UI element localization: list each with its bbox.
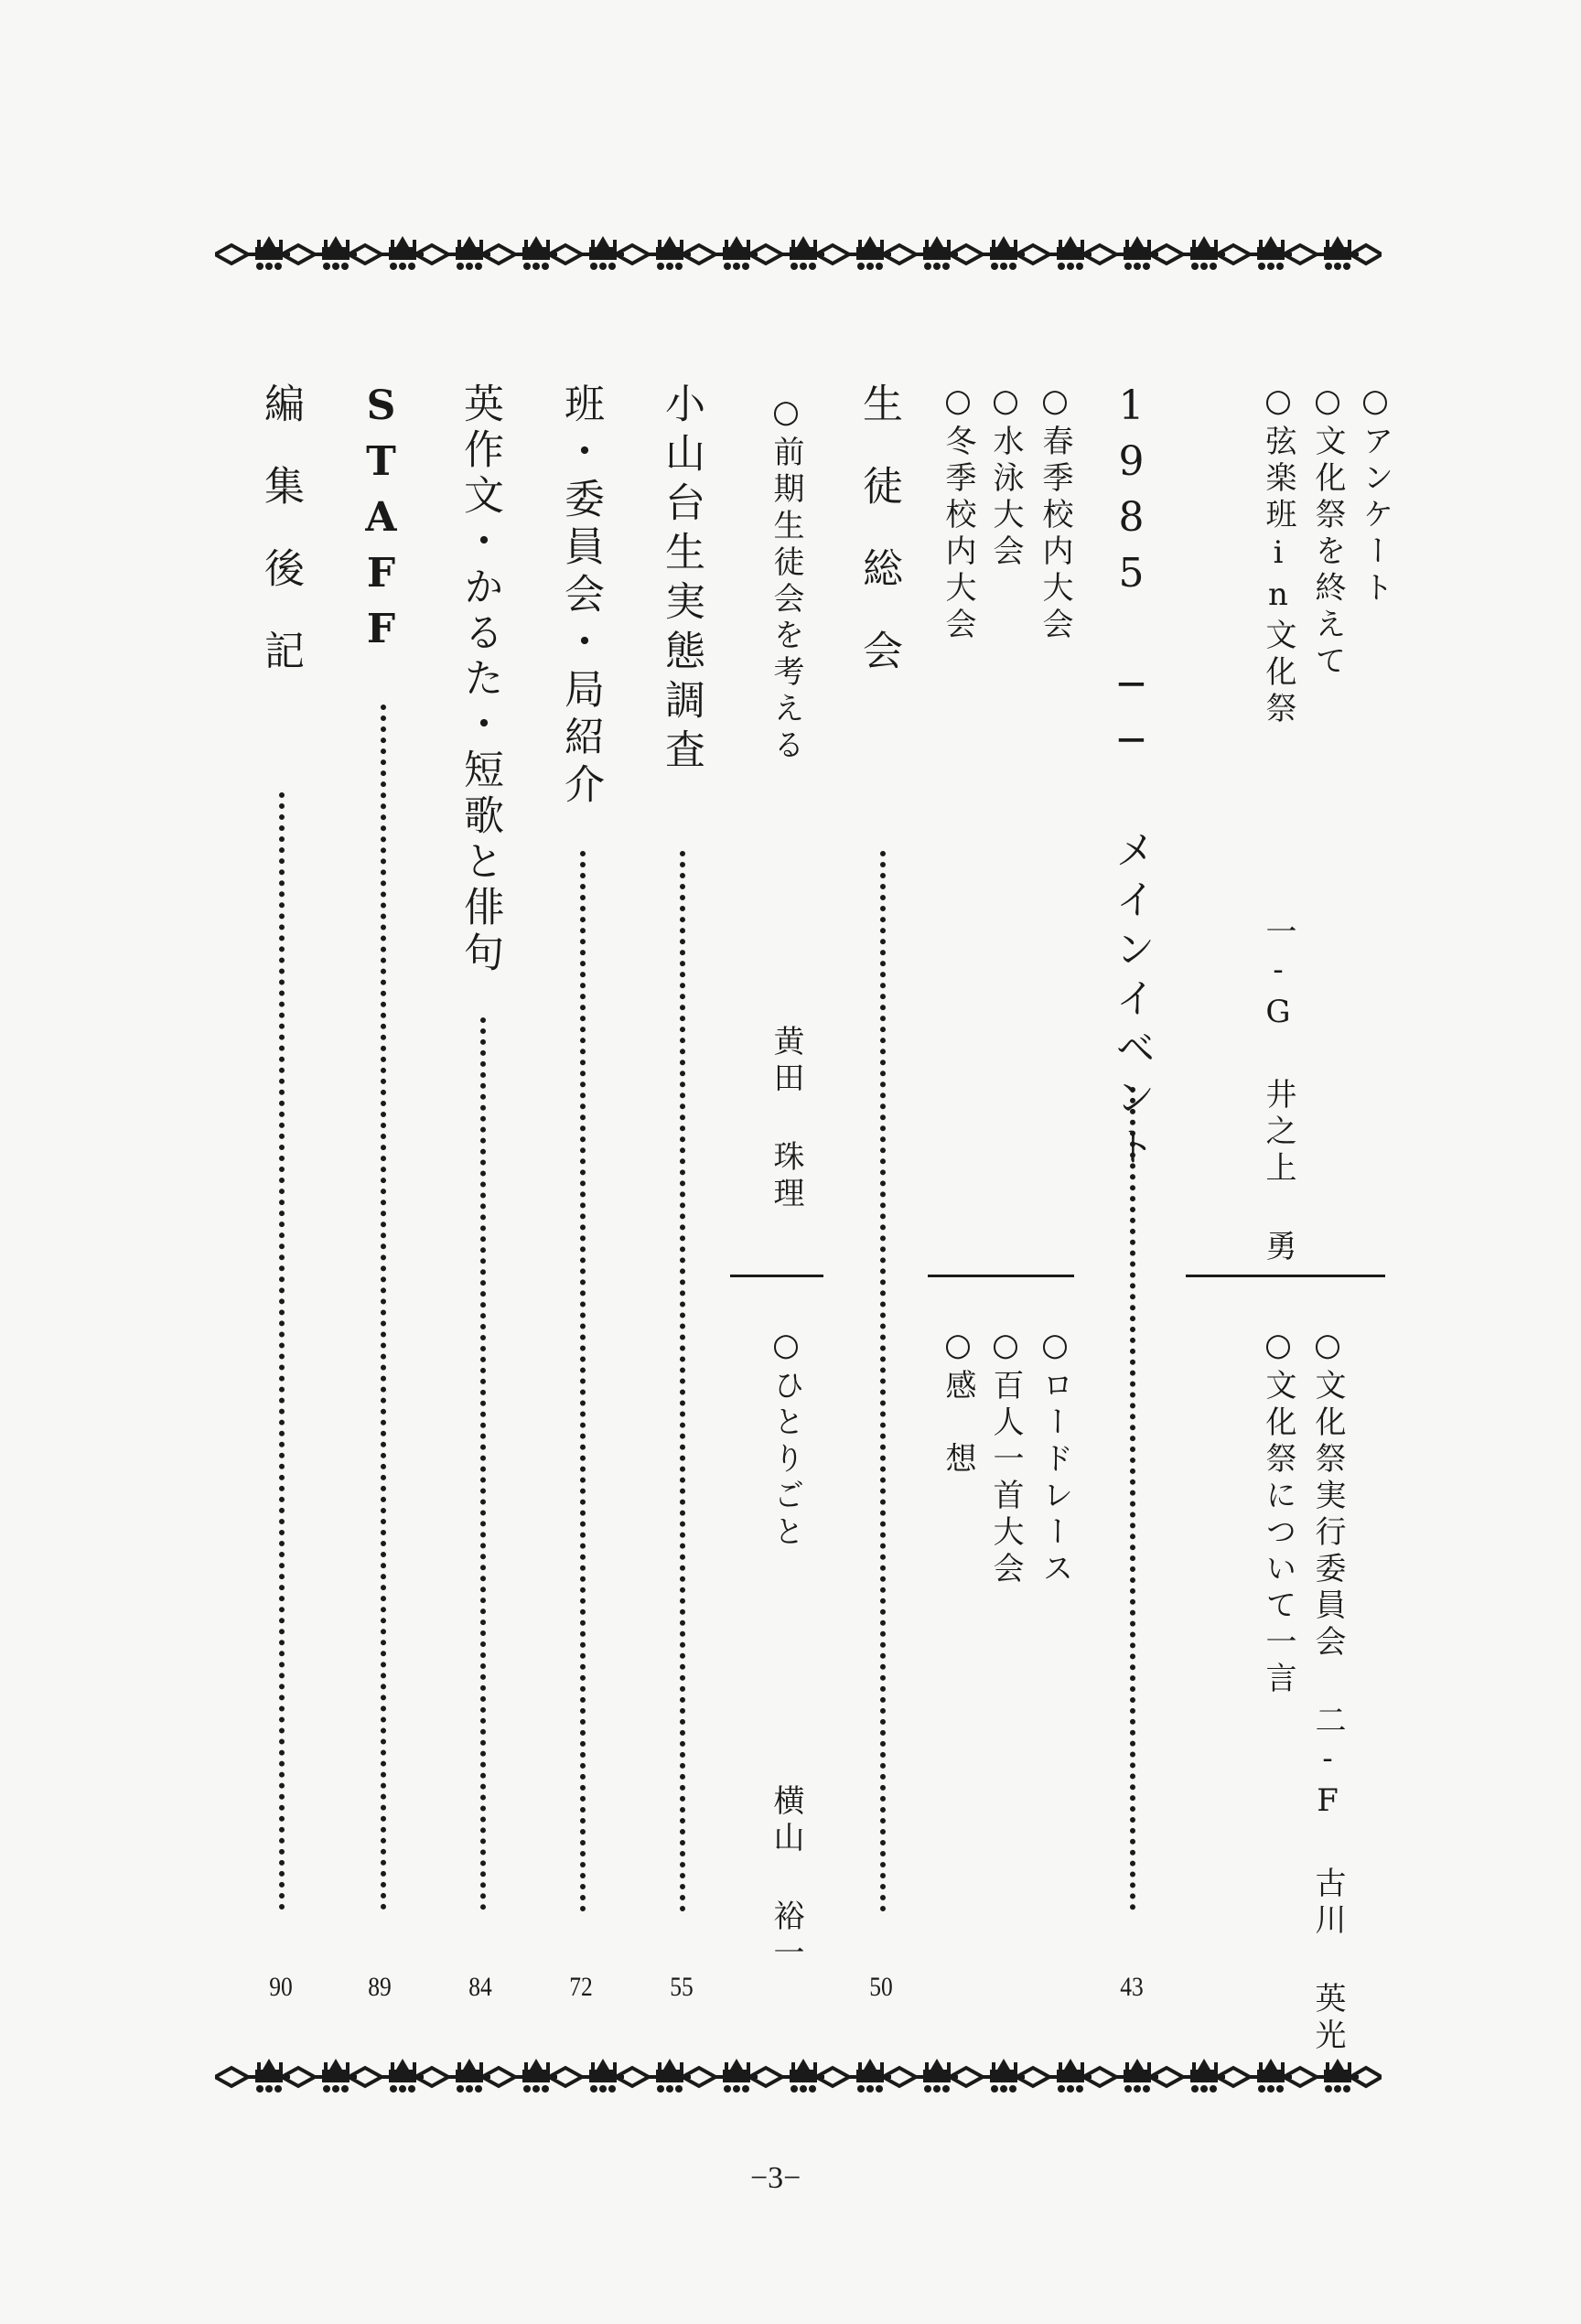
- leader-dots: [1130, 1087, 1135, 1910]
- toc-subitem-hyakunin-isshu[interactable]: ○百人一首大会: [990, 1327, 1021, 1588]
- page-number: 84: [468, 1972, 492, 2003]
- toc-entry-afterword[interactable]: 編集後記: [260, 382, 300, 712]
- toc-subitem-festival-committee[interactable]: ○文化祭実行委員会 二‐F 古川 英光: [1312, 1327, 1343, 2055]
- toc-entry-survey[interactable]: 小山台生実態調査: [661, 382, 701, 778]
- page-number: 50: [869, 1972, 893, 2003]
- toc-entry-main-event[interactable]: 1985 ── メインイベント: [1111, 382, 1151, 1175]
- toc-entry-clubs[interactable]: 班・委員会・局紹介: [560, 382, 600, 811]
- toc-subitem-impressions[interactable]: ○感 想: [942, 1327, 973, 1479]
- toc-subitem-first-term-council[interactable]: ○前期生徒会を考える: [770, 393, 801, 765]
- section-divider-rule: [928, 1275, 1074, 1277]
- toc-subitem-festival-comment[interactable]: ○文化祭について一言: [1263, 1327, 1294, 1698]
- toc-subitem-swim-meet[interactable]: ○水泳大会: [990, 382, 1021, 571]
- toc-subitem-festival-ended[interactable]: ○文化祭を終えて: [1312, 382, 1343, 681]
- toc-author-kida: 黄田 珠理: [770, 1025, 801, 1213]
- toc-subitem-road-race[interactable]: ○ロードレース: [1039, 1327, 1070, 1588]
- ornamental-border-bottom: [215, 2057, 1382, 2097]
- page-number: 72: [569, 1972, 593, 2003]
- toc-subitem-monologue[interactable]: ○ひとりごと: [770, 1327, 801, 1552]
- section-divider-rule: [1186, 1275, 1385, 1277]
- page-number: 89: [368, 1972, 392, 2003]
- leader-dots: [279, 792, 285, 1910]
- toc-subitem-spring-tournament[interactable]: ○春季校内大会: [1039, 382, 1070, 644]
- toc-subitem-survey[interactable]: ○アンケート: [1360, 382, 1391, 608]
- toc-entry-student-council[interactable]: 生徒総会: [858, 382, 898, 712]
- ornamental-border-top: [215, 234, 1382, 274]
- toc-author-yokoyama: 横山 裕一: [770, 1784, 801, 1973]
- ornament-pattern-icon: [215, 2057, 1382, 2097]
- leader-dots: [480, 1017, 486, 1910]
- page-number: 55: [670, 1972, 694, 2003]
- page-number: 43: [1120, 1972, 1144, 2003]
- toc-subitem-winter-tournament[interactable]: ○冬季校内大会: [942, 382, 973, 644]
- section-divider-rule: [730, 1275, 823, 1277]
- toc-subitem-string-ensemble[interactable]: ○弦楽班in文化祭: [1263, 382, 1294, 728]
- leader-dots: [680, 851, 685, 1912]
- toc-entry-literature[interactable]: 英作文・かるた・短歌と俳句: [459, 382, 500, 977]
- toc-author-inoue: 一‐G 井之上 勇: [1263, 915, 1294, 1266]
- leader-dots: [580, 851, 586, 1912]
- toc-entry-staff[interactable]: STAFF: [360, 382, 401, 662]
- ornament-pattern-icon: [215, 234, 1382, 274]
- page-number: 90: [269, 1972, 293, 2003]
- page-folio: −3−: [750, 2161, 801, 2196]
- leader-dots: [880, 851, 886, 1912]
- leader-dots: [381, 705, 386, 1910]
